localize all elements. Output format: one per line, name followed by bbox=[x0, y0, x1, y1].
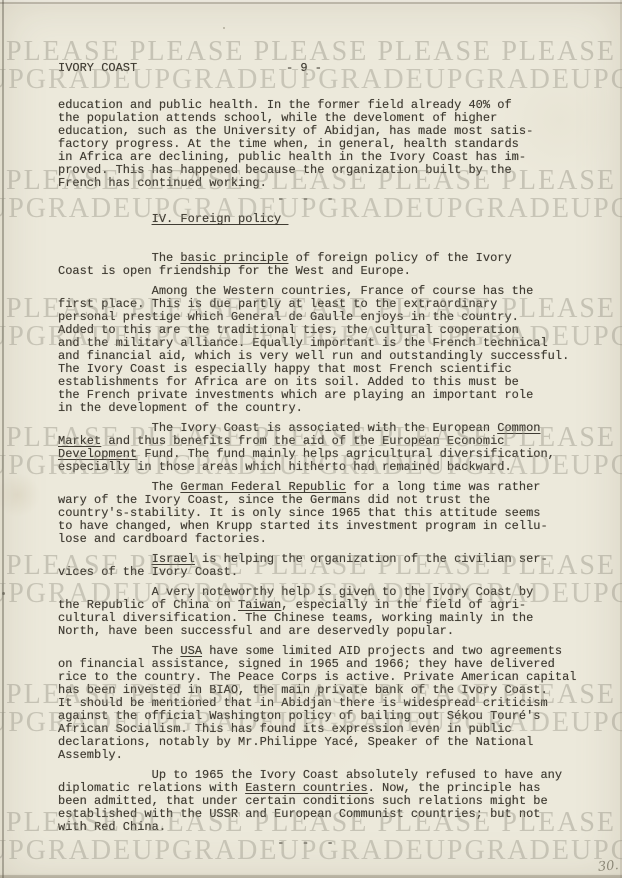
page-number: - 9 - bbox=[286, 62, 322, 75]
paragraph: Israel is helping the organization of th… bbox=[58, 553, 606, 579]
document-title: IVORY COAST bbox=[58, 62, 137, 75]
paragraph: Up to 1965 the Ivory Coast absolutely re… bbox=[58, 769, 606, 834]
paragraph: Among the Western countries, France of c… bbox=[58, 285, 606, 415]
paragraph: A very noteworthy help is given to the I… bbox=[58, 586, 606, 638]
text-line: Assembly. bbox=[58, 749, 606, 762]
text-line: North, have been successful and are dese… bbox=[58, 625, 606, 638]
text-line: in the development of the country. bbox=[58, 402, 606, 415]
text-line: vices of the Ivory Coast. bbox=[58, 566, 606, 579]
page-header: IVORY COAST - 9 - bbox=[58, 62, 606, 76]
scanned-document-page: IVORY COAST - 9 - education and public h… bbox=[0, 0, 622, 878]
text-line: especially in those areas which hitherto… bbox=[58, 461, 606, 474]
text-line: with Red China. bbox=[58, 821, 606, 834]
separator: - - - bbox=[58, 837, 606, 850]
text-line: IV. Foreign policy bbox=[58, 213, 606, 226]
text-line: Coast is open friendship for the West an… bbox=[58, 265, 606, 278]
text-line: declarations, notably by Mr.Philippe Yac… bbox=[58, 736, 606, 749]
document-body: education and public health. In the form… bbox=[58, 99, 606, 850]
separator: - - - bbox=[58, 193, 606, 206]
paragraph: The basic principle of foreign policy of… bbox=[58, 252, 606, 278]
paragraph: The Ivory Coast is associated with the E… bbox=[58, 422, 606, 474]
text-line: French has continued working. bbox=[58, 177, 606, 190]
paragraph: The German Federal Republic for a long t… bbox=[58, 481, 606, 546]
typewritten-document: IVORY COAST - 9 - education and public h… bbox=[0, 0, 622, 850]
handwritten-page-number: 30. bbox=[598, 858, 620, 875]
paragraph: The USA have some limited AID projects a… bbox=[58, 645, 606, 762]
paragraph: education and public health. In the form… bbox=[58, 99, 606, 190]
text-line: lose and cardboard factories. bbox=[58, 533, 606, 546]
section-heading: IV. Foreign policy bbox=[58, 213, 606, 226]
